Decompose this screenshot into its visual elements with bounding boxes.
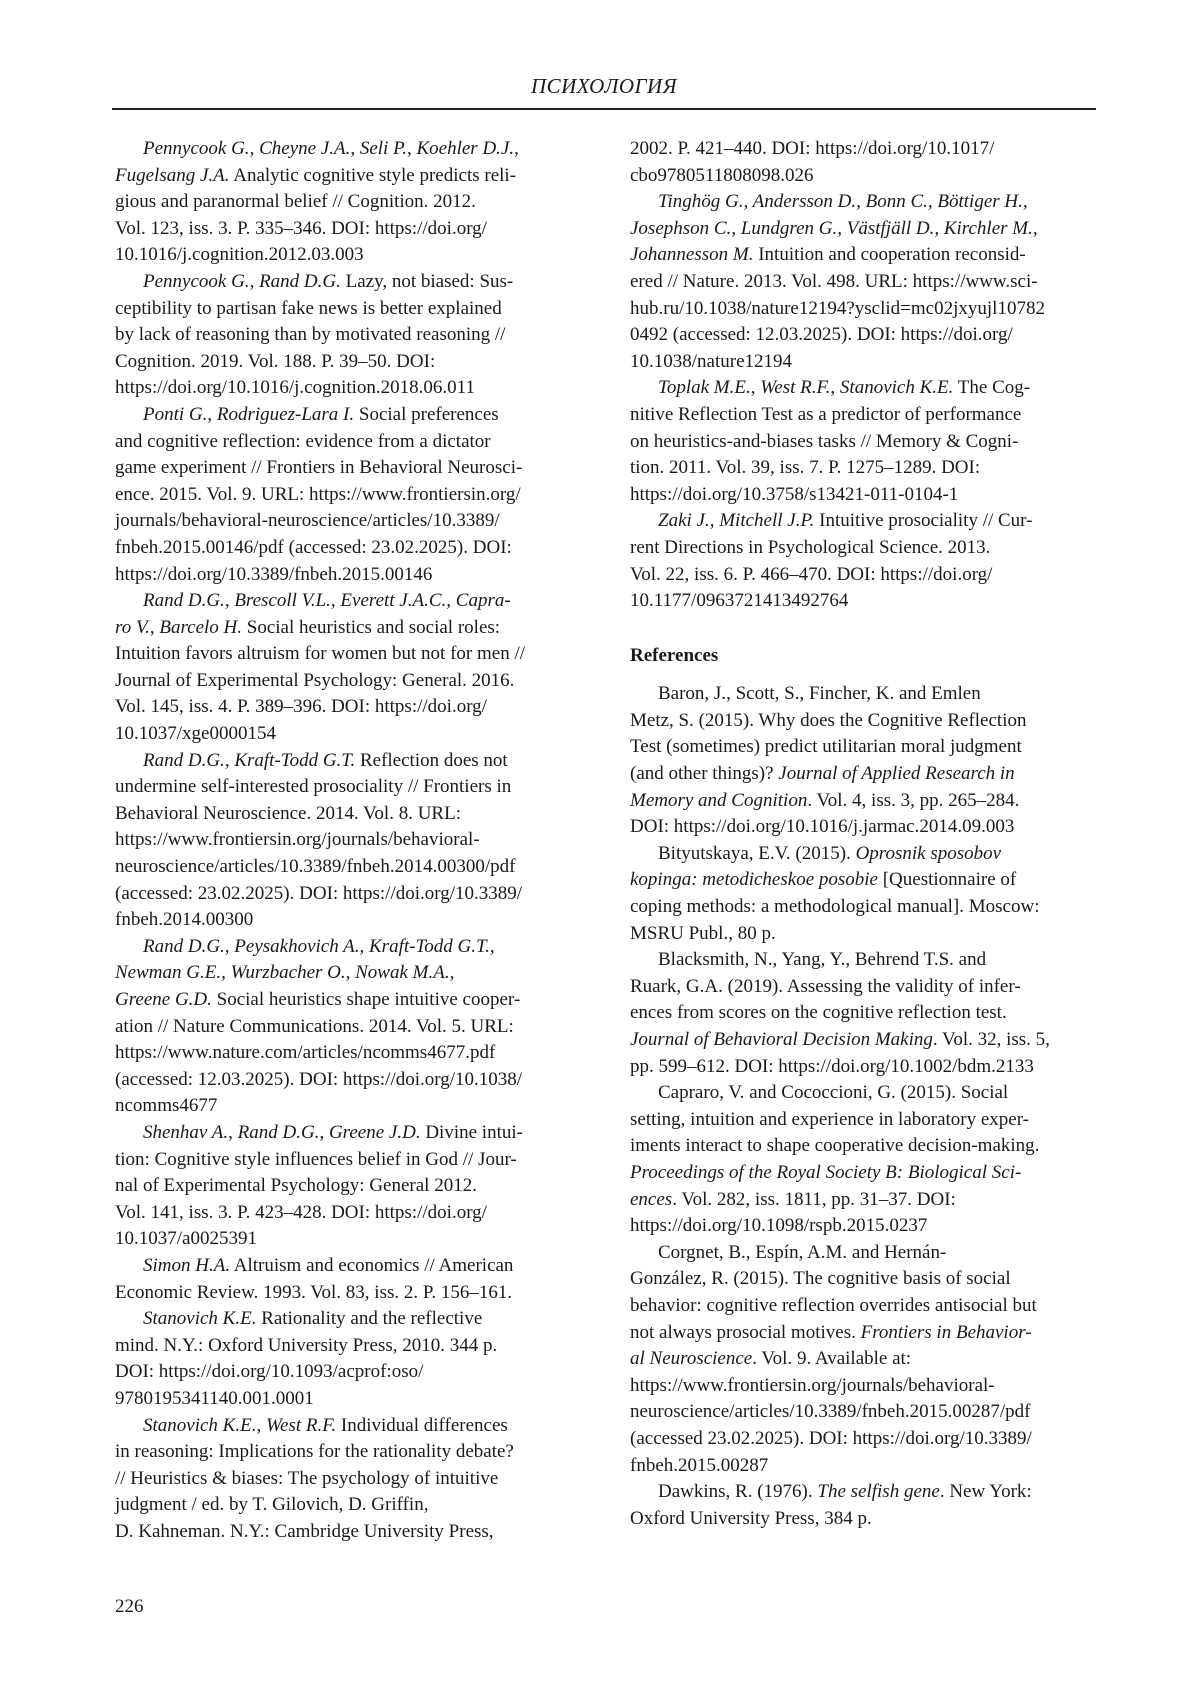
text-run: González, R. (2015). The cognitive basis… [630, 1268, 1011, 1289]
italic-text: Toplak M.E. [658, 377, 751, 398]
italic-text: The selfish gene [817, 1481, 939, 1502]
text-line: Memory and Cognition. Vol. 4, iss. 3, pp… [630, 788, 1090, 815]
text-run: nal of Experimental Psychology: General … [115, 1175, 477, 1196]
text-line: https://www.frontiersin.org/journals/beh… [115, 827, 555, 854]
text-line: https://doi.org/10.1098/rspb.2015.0237 [630, 1213, 1090, 1240]
text-line: Capraro, V. and Cococcioni, G. (2015). S… [630, 1080, 1090, 1107]
text-run: Capraro, V. and Cococcioni, G. (2015). S… [658, 1082, 1008, 1103]
text-line: https://doi.org/10.3389/fnbeh.2015.00146 [115, 562, 555, 589]
text-line: Fugelsang J.A. Analytic cognitive style … [115, 163, 555, 190]
text-run: ncomms4677 [115, 1095, 217, 1116]
italic-text: Brescoll V.L. [234, 590, 331, 611]
text-run: , [225, 750, 235, 771]
text-line: coping methods: a methodological manual]… [630, 894, 1090, 921]
text-run: , [225, 590, 235, 611]
text-line: in reasoning: Implications for the ratio… [115, 1439, 555, 1466]
text-run: by lack of reasoning than by motivated r… [115, 324, 505, 345]
text-line: Cognition. 2019. Vol. 188. P. 39–50. DOI… [115, 349, 555, 376]
text-line: Economic Review. 1993. Vol. 83, iss. 2. … [115, 1280, 555, 1307]
text-run: Economic Review. 1993. Vol. 83, iss. 2. … [115, 1282, 512, 1303]
text-line: DOI: https://doi.org/10.1093/acprof:oso/ [115, 1359, 555, 1386]
text-line: Toplak M.E., West R.F., Stanovich K.E. T… [630, 375, 1090, 402]
text-line: Bityutskaya, E.V. (2015). Oprosnik sposo… [630, 841, 1090, 868]
text-run: Social heuristics shape intuitive cooper… [212, 989, 520, 1010]
text-run: 10.1016/j.cognition.2012.03.003 [115, 244, 364, 265]
italic-text: Mitchell J.P. [719, 510, 814, 531]
text-run: setting, intuition and experience in lab… [630, 1109, 1029, 1130]
text-line: game experiment // Frontiers in Behavior… [115, 455, 555, 482]
text-run: Ruark, G.A. (2019). Assessing the validi… [630, 976, 1021, 997]
text-run: in reasoning: Implications for the ratio… [115, 1441, 514, 1462]
text-run: 10.1037/a0025391 [115, 1228, 257, 1249]
text-run: 10.1177/0963721413492764 [630, 590, 848, 611]
reference-entry: Simon H.A. Altruism and economics // Ame… [115, 1253, 555, 1306]
text-line: 2002. P. 421–440. DOI: https://doi.org/1… [630, 136, 1090, 163]
text-line: nal of Experimental Psychology: General … [115, 1173, 555, 1200]
text-line: neuroscience/articles/10.3389/fnbeh.2015… [630, 1399, 1090, 1426]
text-run: (and other things)? [630, 763, 778, 784]
text-run: ered // Nature. 2013. Vol. 498. URL: htt… [630, 271, 1038, 292]
text-line: Blacksmith, N., Yang, Y., Behrend T.S. a… [630, 947, 1090, 974]
text-line: D. Kahneman. N.Y.: Cambridge University … [115, 1519, 555, 1546]
text-run: journals/behavioral-neuroscience/article… [115, 510, 500, 531]
text-run: , [319, 1122, 329, 1143]
text-line: Vol. 22, iss. 6. P. 466–470. DOI: https:… [630, 562, 1090, 589]
text-run: ences from scores on the cognitive refle… [630, 1002, 1007, 1023]
reference-entry: Rand D.G., Peysakhovich A., Kraft-Todd G… [115, 934, 555, 1120]
italic-text: Rand D.G. [259, 271, 341, 292]
text-line: rent Directions in Psychological Science… [630, 535, 1090, 562]
header-rule [112, 108, 1096, 110]
page-number: 226 [115, 1596, 144, 1618]
text-run: hub.ru/10.1038/nature12194?ysclid=mc02jx… [630, 298, 1045, 319]
italic-text: al Neuroscience [630, 1348, 752, 1369]
text-line: Intuition favors altruism for women but … [115, 641, 555, 668]
text-line: behavior: cognitive reflection overrides… [630, 1293, 1090, 1320]
text-run: Divine intui- [421, 1122, 523, 1143]
italic-text: Stanovich K.E. [143, 1308, 256, 1329]
text-run: nitive Reflection Test as a predictor of… [630, 404, 1021, 425]
reference-entry: Bityutskaya, E.V. (2015). Oprosnik sposo… [630, 841, 1090, 947]
reference-entry: Toplak M.E., West R.F., Stanovich K.E. T… [630, 375, 1090, 508]
text-line: https://doi.org/10.3758/s13421-011-0104-… [630, 482, 1090, 509]
italic-text: Proceedings of the Royal Society B: Biol… [630, 1162, 1021, 1183]
text-run: , [710, 510, 720, 531]
text-run: Intuition and cooperation reconsid- [753, 244, 1025, 265]
text-run: https://doi.org/10.1016/j.cognition.2018… [115, 377, 475, 398]
text-run: Baron, J., Scott, S., Fincher, K. and Em… [658, 683, 981, 704]
text-run: // Heuristics & biases: The psychology o… [115, 1468, 498, 1489]
italic-text: ences [630, 1189, 672, 1210]
reference-entry: Baron, J., Scott, S., Fincher, K. and Em… [630, 681, 1090, 841]
italic-text: Fugelsang J.A. [115, 165, 230, 186]
text-line: MSRU Publ., 80 p. [630, 921, 1090, 948]
text-run: (accessed 23.02.2025). DOI: https://doi.… [630, 1428, 1032, 1449]
text-run: . Vol. 4, iss. 3, pp. 265–284. [807, 790, 1019, 811]
text-run: , [250, 138, 260, 159]
text-line: https://www.frontiersin.org/journals/beh… [630, 1373, 1090, 1400]
text-run: . Vol. 9. Available at: [752, 1348, 911, 1369]
italic-text: Memory and Cognition [630, 790, 807, 811]
text-run: Individual differences [336, 1415, 508, 1436]
text-line: mind. N.Y.: Oxford University Press, 201… [115, 1333, 555, 1360]
text-run: Corgnet, B., Espín, A.M. and Hernán- [658, 1242, 946, 1263]
text-line: ences from scores on the cognitive refle… [630, 1000, 1090, 1027]
text-line: Vol. 145, iss. 4. P. 389–396. DOI: https… [115, 694, 555, 721]
text-line: undermine self-interested prosociality /… [115, 774, 555, 801]
text-run: Rationality and the reflective [256, 1308, 482, 1329]
italic-text: Rodriguez-Lara I. [217, 404, 354, 425]
text-line: fnbeh.2014.00300 [115, 907, 555, 934]
text-line: judgment / ed. by T. Gilovich, D. Griffi… [115, 1492, 555, 1519]
italic-text: Cheyne J.A. [259, 138, 350, 159]
text-run: https://www.frontiersin.org/journals/beh… [115, 829, 480, 850]
text-run: (accessed: 12.03.2025). DOI: https://doi… [115, 1069, 522, 1090]
text-run: Blacksmith, N., Yang, Y., Behrend T.S. a… [658, 949, 986, 970]
text-run: Test (sometimes) predict utilitarian mor… [630, 736, 1022, 757]
text-line: Baron, J., Scott, S., Fincher, K. and Em… [630, 681, 1090, 708]
italic-text: Seli P. [360, 138, 407, 159]
text-line: 9780195341140.001.0001 [115, 1386, 555, 1413]
italic-text: ro V. [115, 617, 150, 638]
text-run: neuroscience/articles/10.3389/fnbeh.2015… [630, 1401, 1030, 1422]
text-run: tion: Cognitive style influences belief … [115, 1149, 517, 1170]
text-line: (accessed 23.02.2025). DOI: https://doi.… [630, 1426, 1090, 1453]
text-run: Metz, S. (2015). Why does the Cognitive … [630, 710, 1026, 731]
text-run: https://doi.org/10.1098/rspb.2015.0237 [630, 1215, 927, 1236]
text-run: Behavioral Neuroscience. 2014. Vol. 8. U… [115, 803, 461, 824]
italic-text: Everett J.A.C., Capra- [340, 590, 510, 611]
text-run: Vol. 141, iss. 3. P. 423–428. DOI: https… [115, 1202, 487, 1223]
continued-entry: 2002. P. 421–440. DOI: https://doi.org/1… [630, 136, 1090, 189]
text-run: ence. 2015. Vol. 9. URL: https://www.fro… [115, 484, 521, 505]
italic-text: Josephson C., Lundgren G., Västfjäll D.,… [630, 218, 1038, 239]
text-run: fnbeh.2015.00146/pdf (accessed: 23.02.20… [115, 537, 512, 558]
reference-entry: Stanovich K.E., West R.F. Individual dif… [115, 1413, 555, 1546]
text-run: Lazy, not biased: Sus- [341, 271, 513, 292]
italic-text: Rand D.G., Peysakhovich A., Kraft-Todd G… [143, 936, 495, 957]
text-line: cbo9780511808098.026 [630, 163, 1090, 190]
text-run: cbo9780511808098.026 [630, 165, 813, 186]
references-list: Baron, J., Scott, S., Fincher, K. and Em… [630, 681, 1090, 1532]
text-line: Corgnet, B., Espín, A.M. and Hernán- [630, 1240, 1090, 1267]
italic-text: Rand D.G. [143, 590, 225, 611]
text-line: not always prosocial motives. Frontiers … [630, 1320, 1090, 1347]
text-line: (accessed: 23.02.2025). DOI: https://doi… [115, 881, 555, 908]
text-run: 10.1037/xge0000154 [115, 723, 276, 744]
text-run: 2002. P. 421–440. DOI: https://doi.org/1… [630, 138, 994, 159]
text-run: Altruism and economics // American [230, 1255, 513, 1276]
text-line: by lack of reasoning than by motivated r… [115, 322, 555, 349]
text-line: Behavioral Neuroscience. 2014. Vol. 8. U… [115, 801, 555, 828]
reference-entry: Blacksmith, N., Yang, Y., Behrend T.S. a… [630, 947, 1090, 1080]
text-run: (accessed: 23.02.2025). DOI: https://doi… [115, 883, 522, 904]
text-run: iments interact to shape cooperative dec… [630, 1135, 1039, 1156]
text-run: ation // Nature Communications. 2014. Vo… [115, 1016, 514, 1037]
text-line: Zaki J., Mitchell J.P. Intuitive prosoci… [630, 508, 1090, 535]
italic-text: Ponti G. [143, 404, 207, 425]
text-line: Vol. 123, iss. 3. P. 335–346. DOI: https… [115, 216, 555, 243]
text-line: journals/behavioral-neuroscience/article… [115, 508, 555, 535]
text-run: fnbeh.2014.00300 [115, 909, 253, 930]
text-run: Cognition. 2019. Vol. 188. P. 39–50. DOI… [115, 351, 435, 372]
text-run: . New York: [940, 1481, 1032, 1502]
text-line: 10.1037/a0025391 [115, 1226, 555, 1253]
italic-text: Oprosnik sposobov [856, 843, 1002, 864]
text-run: ceptibility to partisan fake news is bet… [115, 298, 502, 319]
text-line: tion: Cognitive style influences belief … [115, 1147, 555, 1174]
reference-entry: Stanovich K.E. Rationality and the refle… [115, 1306, 555, 1412]
text-run: Oxford University Press, 384 p. [630, 1508, 872, 1529]
italic-text: Koehler D.J. [416, 138, 514, 159]
text-run: not always prosocial motives. [630, 1322, 861, 1343]
text-run: https://doi.org/10.3758/s13421-011-0104-… [630, 484, 958, 505]
text-line: 10.1016/j.cognition.2012.03.003 [115, 242, 555, 269]
text-line: https://doi.org/10.1016/j.cognition.2018… [115, 375, 555, 402]
italic-text: Frontiers in Behavior- [861, 1322, 1032, 1343]
text-run: The Cog- [953, 377, 1030, 398]
reference-entry: Zaki J., Mitchell J.P. Intuitive prosoci… [630, 508, 1090, 614]
italic-text: kopinga: metodicheskoe posobie [630, 869, 878, 890]
text-line: Tinghög G., Andersson D., Bonn C., Bötti… [630, 189, 1090, 216]
text-run: DOI: https://doi.org/10.1093/acprof:oso/ [115, 1361, 423, 1382]
text-line: Stanovich K.E., West R.F. Individual dif… [115, 1413, 555, 1440]
text-line: Pennycook G., Cheyne J.A., Seli P., Koeh… [115, 136, 555, 163]
text-line: Rand D.G., Kraft-Todd G.T. Reflection do… [115, 748, 555, 775]
text-run: D. Kahneman. N.Y.: Cambridge University … [115, 1521, 494, 1542]
text-run: gious and paranormal belief // Cognition… [115, 191, 476, 212]
text-run: , [150, 617, 160, 638]
text-run: Journal of Experimental Psychology: Gene… [115, 670, 514, 691]
text-line: Johannesson M. Intuition and cooperation… [630, 242, 1090, 269]
text-line: ncomms4677 [115, 1093, 555, 1120]
text-line: González, R. (2015). The cognitive basis… [630, 1266, 1090, 1293]
text-line: Newman G.E., Wurzbacher O., Nowak M.A., [115, 960, 555, 987]
text-line: Rand D.G., Brescoll V.L., Everett J.A.C.… [115, 588, 555, 615]
text-run: [Questionnaire of [878, 869, 1016, 890]
text-line: (and other things)? Journal of Applied R… [630, 761, 1090, 788]
text-run: , [514, 138, 519, 159]
text-run: judgment / ed. by T. Gilovich, D. Griffi… [115, 1494, 428, 1515]
text-line: neuroscience/articles/10.3389/fnbeh.2014… [115, 854, 555, 881]
text-run: Analytic cognitive style predicts reli- [230, 165, 517, 186]
italic-text: Greene G.D. [115, 989, 212, 1010]
text-run: Social preferences [354, 404, 499, 425]
text-line: 10.1037/xge0000154 [115, 721, 555, 748]
text-line: Journal of Behavioral Decision Making. V… [630, 1027, 1090, 1054]
text-line: fnbeh.2015.00287 [630, 1453, 1090, 1480]
italic-text: Stanovich K.E. [840, 377, 953, 398]
text-line: Josephson C., Lundgren G., Västfjäll D.,… [630, 216, 1090, 243]
text-line: ered // Nature. 2013. Vol. 498. URL: htt… [630, 269, 1090, 296]
text-run: Dawkins, R. (1976). [658, 1481, 817, 1502]
text-run: Vol. 145, iss. 4. P. 389–396. DOI: https… [115, 696, 487, 717]
reference-entry: Tinghög G., Andersson D., Bonn C., Bötti… [630, 189, 1090, 375]
text-run: Bityutskaya, E.V. (2015). [658, 843, 856, 864]
text-run: neuroscience/articles/10.3389/fnbeh.2014… [115, 856, 515, 877]
italic-text: Johannesson M. [630, 244, 753, 265]
text-line: fnbeh.2015.00146/pdf (accessed: 23.02.20… [115, 535, 555, 562]
text-run: , [256, 1415, 266, 1436]
italic-text: West R.F. [760, 377, 830, 398]
italic-text: Zaki J. [658, 510, 710, 531]
text-run: behavior: cognitive reflection overrides… [630, 1295, 1037, 1316]
text-line: DOI: https://doi.org/10.1016/j.jarmac.20… [630, 814, 1090, 841]
text-run: , [830, 377, 840, 398]
text-line: nitive Reflection Test as a predictor of… [630, 402, 1090, 429]
reference-entry: Rand D.G., Kraft-Todd G.T. Reflection do… [115, 748, 555, 934]
reference-entry: Corgnet, B., Espín, A.M. and Hernán-Gonz… [630, 1240, 1090, 1479]
text-line: Ruark, G.A. (2019). Assessing the validi… [630, 974, 1090, 1001]
text-run: Vol. 22, iss. 6. P. 466–470. DOI: https:… [630, 564, 992, 585]
reference-entry: Pennycook G., Cheyne J.A., Seli P., Koeh… [115, 136, 555, 269]
text-line: ro V., Barcelo H. Social heuristics and … [115, 615, 555, 642]
text-line: ation // Nature Communications. 2014. Vo… [115, 1014, 555, 1041]
text-run: Social heuristics and social roles: [242, 617, 500, 638]
text-line: ences. Vol. 282, iss. 1811, pp. 31–37. D… [630, 1187, 1090, 1214]
italic-text: Barcelo H. [159, 617, 242, 638]
reference-entry: Pennycook G., Rand D.G. Lazy, not biased… [115, 269, 555, 402]
text-run: , [207, 404, 217, 425]
text-run: MSRU Publ., 80 p. [630, 923, 776, 944]
text-line: Greene G.D. Social heuristics shape intu… [115, 987, 555, 1014]
right-column: 2002. P. 421–440. DOI: https://doi.org/1… [630, 136, 1090, 1532]
text-line: Journal of Experimental Psychology: Gene… [115, 668, 555, 695]
text-line: al Neuroscience. Vol. 9. Available at: [630, 1346, 1090, 1373]
text-line: (accessed: 12.03.2025). DOI: https://doi… [115, 1067, 555, 1094]
italic-text: Pennycook G. [143, 138, 250, 159]
text-line: Pennycook G., Rand D.G. Lazy, not biased… [115, 269, 555, 296]
text-run: , [250, 271, 260, 292]
running-header: ПСИХОЛОГИЯ [112, 74, 1096, 99]
text-line: iments interact to shape cooperative dec… [630, 1133, 1090, 1160]
text-run: pp. 599–612. DOI: https://doi.org/10.100… [630, 1056, 1034, 1077]
text-line: https://www.nature.com/articles/ncomms46… [115, 1040, 555, 1067]
text-run: fnbeh.2015.00287 [630, 1455, 768, 1476]
text-line: Ponti G., Rodriguez-Lara I. Social prefe… [115, 402, 555, 429]
text-line: 0492 (accessed: 12.03.2025). DOI: https:… [630, 322, 1090, 349]
text-line: gious and paranormal belief // Cognition… [115, 189, 555, 216]
reference-entry: Ponti G., Rodriguez-Lara I. Social prefe… [115, 402, 555, 588]
text-run: and cognitive reflection: evidence from … [115, 431, 491, 452]
text-line: on heuristics-and-biases tasks // Memory… [630, 429, 1090, 456]
italic-text: West R.F. [266, 1415, 336, 1436]
text-line: hub.ru/10.1038/nature12194?ysclid=mc02jx… [630, 296, 1090, 323]
text-line: 10.1177/0963721413492764 [630, 588, 1090, 615]
text-run: , [350, 138, 360, 159]
text-line: and cognitive reflection: evidence from … [115, 429, 555, 456]
text-line: Dawkins, R. (1976). The selfish gene. Ne… [630, 1479, 1090, 1506]
references-heading: References [630, 643, 1090, 670]
text-line: Proceedings of the Royal Society B: Biol… [630, 1160, 1090, 1187]
text-line: Shenhav A., Rand D.G., Greene J.D. Divin… [115, 1120, 555, 1147]
text-run: , [751, 377, 761, 398]
text-run: , [228, 1122, 238, 1143]
text-line: Vol. 141, iss. 3. P. 423–428. DOI: https… [115, 1200, 555, 1227]
text-line: Oxford University Press, 384 p. [630, 1506, 1090, 1533]
text-run: https://www.nature.com/articles/ncomms46… [115, 1042, 495, 1063]
text-run: Reflection does not [355, 750, 508, 771]
left-column: Pennycook G., Cheyne J.A., Seli P., Koeh… [115, 136, 555, 1545]
text-run: Intuitive prosociality // Cur- [814, 510, 1032, 531]
text-line: // Heuristics & biases: The psychology o… [115, 1466, 555, 1493]
bibliography-russian-tail: Tinghög G., Andersson D., Bonn C., Bötti… [630, 189, 1090, 615]
text-run: 9780195341140.001.0001 [115, 1388, 314, 1409]
text-run: , [331, 590, 341, 611]
italic-text: Stanovich K.E. [143, 1415, 256, 1436]
italic-text: Tinghög G., Andersson D., Bonn C., Bötti… [658, 191, 1028, 212]
reference-entry: Rand D.G., Brescoll V.L., Everett J.A.C.… [115, 588, 555, 748]
text-run: tion. 2011. Vol. 39, iss. 7. P. 1275–128… [630, 457, 980, 478]
italic-text: Shenhav A. [143, 1122, 228, 1143]
text-run: 0492 (accessed: 12.03.2025). DOI: https:… [630, 324, 1013, 345]
italic-text: Kraft-Todd G.T. [234, 750, 355, 771]
italic-text: Rand D.G. [238, 1122, 320, 1143]
text-run: coping methods: a methodological manual]… [630, 896, 1039, 917]
italic-text: Newman G.E., Wurzbacher O., Nowak M.A., [115, 962, 454, 983]
text-run: rent Directions in Psychological Science… [630, 537, 990, 558]
text-run: mind. N.Y.: Oxford University Press, 201… [115, 1335, 497, 1356]
text-run: game experiment // Frontiers in Behavior… [115, 457, 522, 478]
text-line: Metz, S. (2015). Why does the Cognitive … [630, 708, 1090, 735]
section-gap [630, 615, 1090, 641]
text-run: on heuristics-and-biases tasks // Memory… [630, 431, 1018, 452]
italic-text: Pennycook G. [143, 271, 250, 292]
reference-entry: Capraro, V. and Cococcioni, G. (2015). S… [630, 1080, 1090, 1240]
reference-entry: Dawkins, R. (1976). The selfish gene. Ne… [630, 1479, 1090, 1532]
italic-text: Greene J.D. [329, 1122, 421, 1143]
text-line: tion. 2011. Vol. 39, iss. 7. P. 1275–128… [630, 455, 1090, 482]
reference-entry: Shenhav A., Rand D.G., Greene J.D. Divin… [115, 1120, 555, 1253]
text-line: Simon H.A. Altruism and economics // Ame… [115, 1253, 555, 1280]
text-line: ceptibility to partisan fake news is bet… [115, 296, 555, 323]
text-run: DOI: https://doi.org/10.1016/j.jarmac.20… [630, 816, 1014, 837]
text-run: . Vol. 32, iss. 5, [933, 1029, 1050, 1050]
text-run: https://doi.org/10.3389/fnbeh.2015.00146 [115, 564, 432, 585]
text-line: Test (sometimes) predict utilitarian mor… [630, 734, 1090, 761]
text-line: ence. 2015. Vol. 9. URL: https://www.fro… [115, 482, 555, 509]
italic-text: Journal of Behavioral Decision Making [630, 1029, 933, 1050]
text-line: setting, intuition and experience in lab… [630, 1107, 1090, 1134]
text-run: Intuition favors altruism for women but … [115, 643, 525, 664]
text-line: kopinga: metodicheskoe posobie [Question… [630, 867, 1090, 894]
text-line: pp. 599–612. DOI: https://doi.org/10.100… [630, 1054, 1090, 1081]
text-run: https://www.frontiersin.org/journals/beh… [630, 1375, 995, 1396]
italic-text: Journal of Applied Research in [778, 763, 1014, 784]
italic-text: Rand D.G. [143, 750, 225, 771]
text-line: Stanovich K.E. Rationality and the refle… [115, 1306, 555, 1333]
text-run: . Vol. 282, iss. 1811, pp. 31–37. DOI: [672, 1189, 956, 1210]
text-run: Vol. 123, iss. 3. P. 335–346. DOI: https… [115, 218, 487, 239]
text-run: undermine self-interested prosociality /… [115, 776, 511, 797]
italic-text: Simon H.A. [143, 1255, 230, 1276]
text-run: 10.1038/nature12194 [630, 351, 792, 372]
text-line: 10.1038/nature12194 [630, 349, 1090, 376]
text-line: Rand D.G., Peysakhovich A., Kraft-Todd G… [115, 934, 555, 961]
